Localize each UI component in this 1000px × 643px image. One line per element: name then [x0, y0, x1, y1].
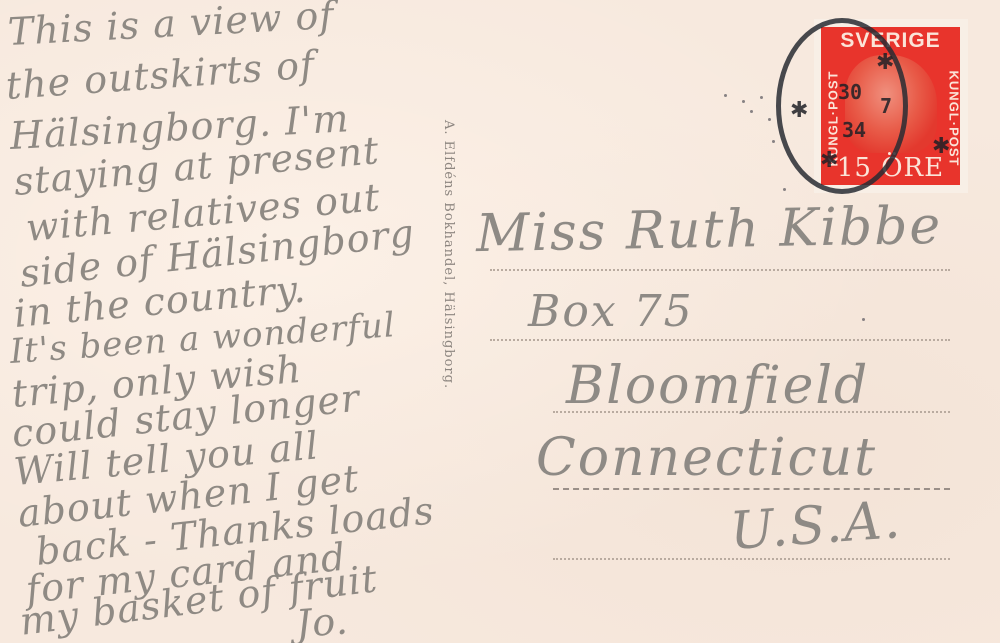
postcard-back: This is a view of the outskirts of Hälsi…	[0, 0, 1000, 643]
address-city: Bloomfield	[566, 356, 869, 416]
ink-speck	[768, 118, 771, 121]
postmark-star-icon: ✱	[820, 148, 838, 173]
postmark-day: 30	[838, 82, 862, 102]
postmark-year: 34	[842, 120, 866, 140]
ink-speck	[742, 100, 745, 103]
message-line: the outskirts of	[4, 42, 316, 107]
address-box: Box 75	[528, 286, 694, 337]
postmark-star-icon: ✱	[932, 134, 950, 159]
address-state: Connecticut	[536, 428, 877, 488]
postmark-star-icon: ✱	[876, 50, 894, 75]
ink-speck	[760, 96, 763, 99]
address-line-rule	[490, 269, 950, 271]
postmark-star-icon: ✱	[790, 98, 808, 123]
address-country: U.S.A.	[728, 490, 904, 562]
ink-speck	[862, 318, 865, 321]
postmark-month: 7	[880, 96, 892, 116]
ink-speck	[772, 140, 775, 143]
address-line-rule	[490, 339, 950, 341]
signature: Jo.	[294, 598, 349, 643]
address-recipient: Miss Ruth Kibbe	[476, 196, 943, 264]
publisher-imprint: A. Elfdéns Bokhandel, Hälsingborg.	[441, 120, 456, 460]
ink-speck	[750, 110, 753, 113]
ink-speck	[783, 188, 786, 191]
ink-speck	[724, 94, 727, 97]
